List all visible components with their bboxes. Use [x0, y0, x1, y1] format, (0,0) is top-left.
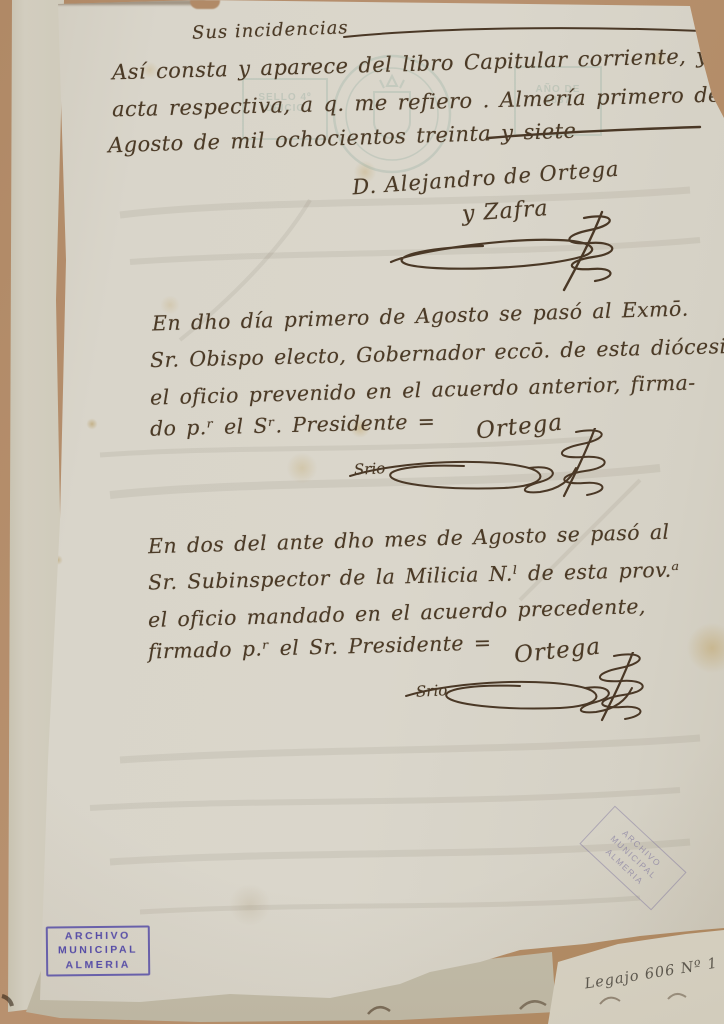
header-rule — [342, 22, 707, 42]
manuscript-page: SELLO 4º OFICIO AÑO DE 1837 Sus incidenc… — [0, 0, 724, 1024]
archive-photo: Legajo 606 Nº 1 SELLO 4º OFICIO — [0, 0, 724, 1024]
secretary-flourish — [342, 448, 582, 506]
archive-municipal-stamp: ARCHIVO MUNICIPAL ALMERIA — [46, 925, 151, 976]
date-rule — [486, 124, 704, 142]
secretary-flourish — [398, 668, 638, 726]
signature-rubric — [386, 210, 631, 292]
